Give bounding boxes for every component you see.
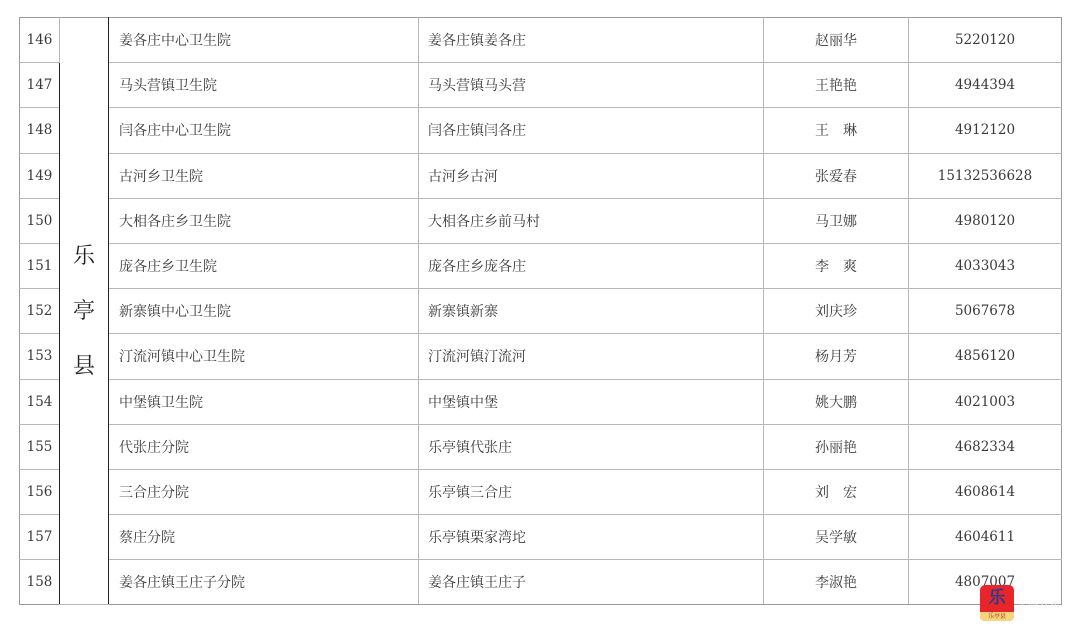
table-row: 148 闫各庄中心卫生院 闫各庄镇闫各庄 王 琳 4912120	[20, 108, 1062, 153]
row-number: 151	[20, 243, 60, 288]
county-char: 县	[73, 344, 95, 389]
row-number: 157	[20, 515, 60, 560]
institution-name: 庞各庄乡卫生院	[109, 243, 419, 288]
address: 中堡镇中堡	[419, 379, 764, 424]
row-number: 154	[20, 379, 60, 424]
row-number: 149	[20, 153, 60, 198]
contact-person: 刘庆珍	[764, 289, 909, 334]
institution-name: 中堡镇卫生院	[109, 379, 419, 424]
phone-number: 4980120	[909, 198, 1062, 243]
address: 汀流河镇汀流河	[419, 334, 764, 379]
institution-name: 闫各庄中心卫生院	[109, 108, 419, 153]
address: 乐亭镇三合庄	[419, 469, 764, 514]
contact-person: 王艳艳	[764, 63, 909, 108]
address: 马头营镇马头营	[419, 63, 764, 108]
institution-name: 新寨镇中心卫生院	[109, 289, 419, 334]
contact-person: 王 琳	[764, 108, 909, 153]
table-row: 156 三合庄分院 乐亭镇三合庄 刘 宏 4608614	[20, 469, 1062, 514]
row-number: 150	[20, 198, 60, 243]
contact-person: 马卫娜	[764, 198, 909, 243]
contact-person: 李淑艳	[764, 560, 909, 605]
institution-name: 三合庄分院	[109, 469, 419, 514]
table-row: 155 代张庄分院 乐亭镇代张庄 孙丽艳 4682334	[20, 424, 1062, 469]
contact-person: 孙丽艳	[764, 424, 909, 469]
table-row: 149 古河乡卫生院 古河乡古河 张爱春 15132536628	[20, 153, 1062, 198]
institution-name: 姜各庄中心卫生院	[109, 18, 419, 63]
row-number: 155	[20, 424, 60, 469]
institution-name: 姜各庄镇王庄子分院	[109, 560, 419, 605]
table-row: 150 大相各庄乡卫生院 大相各庄乡前马村 马卫娜 4980120	[20, 198, 1062, 243]
phone-number: 4912120	[909, 108, 1062, 153]
table-row: 154 中堡镇卫生院 中堡镇中堡 姚大鹏 4021003	[20, 379, 1062, 424]
logo-band: 乐亭县	[980, 612, 1014, 621]
contact-person: 杨月芳	[764, 334, 909, 379]
address: 乐亭镇代张庄	[419, 424, 764, 469]
institution-name: 代张庄分院	[109, 424, 419, 469]
row-number: 146	[20, 18, 60, 63]
phone-number: 5067678	[909, 289, 1062, 334]
table-row: 152 新寨镇中心卫生院 新寨镇新寨 刘庆珍 5067678	[20, 289, 1062, 334]
watermark-text: 乐亭发布	[1017, 596, 1061, 611]
row-number: 153	[20, 334, 60, 379]
row-number: 158	[20, 560, 60, 605]
county-char: 乐	[73, 234, 95, 279]
phone-number: 4682334	[909, 424, 1062, 469]
address: 庞各庄乡庞各庄	[419, 243, 764, 288]
address: 姜各庄镇姜各庄	[419, 18, 764, 63]
table-row: 146 乐 亭 县 姜各庄中心卫生院 姜各庄镇姜各庄 赵丽华 5220120	[20, 18, 1062, 63]
institution-name: 蔡庄分院	[109, 515, 419, 560]
address: 新寨镇新寨	[419, 289, 764, 334]
phone-number: 4021003	[909, 379, 1062, 424]
contact-person: 李 爽	[764, 243, 909, 288]
county-char: 亭	[73, 289, 95, 334]
contact-person: 吴学敏	[764, 515, 909, 560]
phone-number: 4856120	[909, 334, 1062, 379]
contact-person: 张爱春	[764, 153, 909, 198]
address: 闫各庄镇闫各庄	[419, 108, 764, 153]
address: 大相各庄乡前马村	[419, 198, 764, 243]
table-row: 153 汀流河镇中心卫生院 汀流河镇汀流河 杨月芳 4856120	[20, 334, 1062, 379]
address: 古河乡古河	[419, 153, 764, 198]
county-label: 乐 亭 县	[60, 234, 108, 389]
contact-person: 赵丽华	[764, 18, 909, 63]
row-number: 148	[20, 108, 60, 153]
table-row: 151 庞各庄乡卫生院 庞各庄乡庞各庄 李 爽 4033043	[20, 243, 1062, 288]
health-institutions-table: 146 乐 亭 县 姜各庄中心卫生院 姜各庄镇姜各庄 赵丽华 5220120 1…	[19, 17, 1062, 605]
county-cell: 乐 亭 县	[60, 18, 109, 605]
table-row: 158 姜各庄镇王庄子分院 姜各庄镇王庄子 李淑艳 4807007	[20, 560, 1062, 605]
watermark-logo: 乐 乐亭县	[980, 585, 1014, 621]
address: 乐亭镇栗家湾坨	[419, 515, 764, 560]
health-institutions-table-wrapper: 146 乐 亭 县 姜各庄中心卫生院 姜各庄镇姜各庄 赵丽华 5220120 1…	[19, 17, 1061, 605]
table-row: 157 蔡庄分院 乐亭镇栗家湾坨 吴学敏 4604611	[20, 515, 1062, 560]
contact-person: 刘 宏	[764, 469, 909, 514]
institution-name: 古河乡卫生院	[109, 153, 419, 198]
phone-number: 4608614	[909, 469, 1062, 514]
row-number: 147	[20, 63, 60, 108]
phone-number: 4604611	[909, 515, 1062, 560]
institution-name: 汀流河镇中心卫生院	[109, 334, 419, 379]
address: 姜各庄镇王庄子	[419, 560, 764, 605]
contact-person: 姚大鹏	[764, 379, 909, 424]
logo-glyph-icon: 乐	[984, 587, 1010, 609]
institution-name: 大相各庄乡卫生院	[109, 198, 419, 243]
institution-name: 马头营镇卫生院	[109, 63, 419, 108]
phone-number: 4033043	[909, 243, 1062, 288]
phone-number: 5220120	[909, 18, 1062, 63]
table-row: 147 马头营镇卫生院 马头营镇马头营 王艳艳 4944394	[20, 63, 1062, 108]
phone-number: 15132536628	[909, 153, 1062, 198]
phone-number: 4944394	[909, 63, 1062, 108]
row-number: 152	[20, 289, 60, 334]
row-number: 156	[20, 469, 60, 514]
